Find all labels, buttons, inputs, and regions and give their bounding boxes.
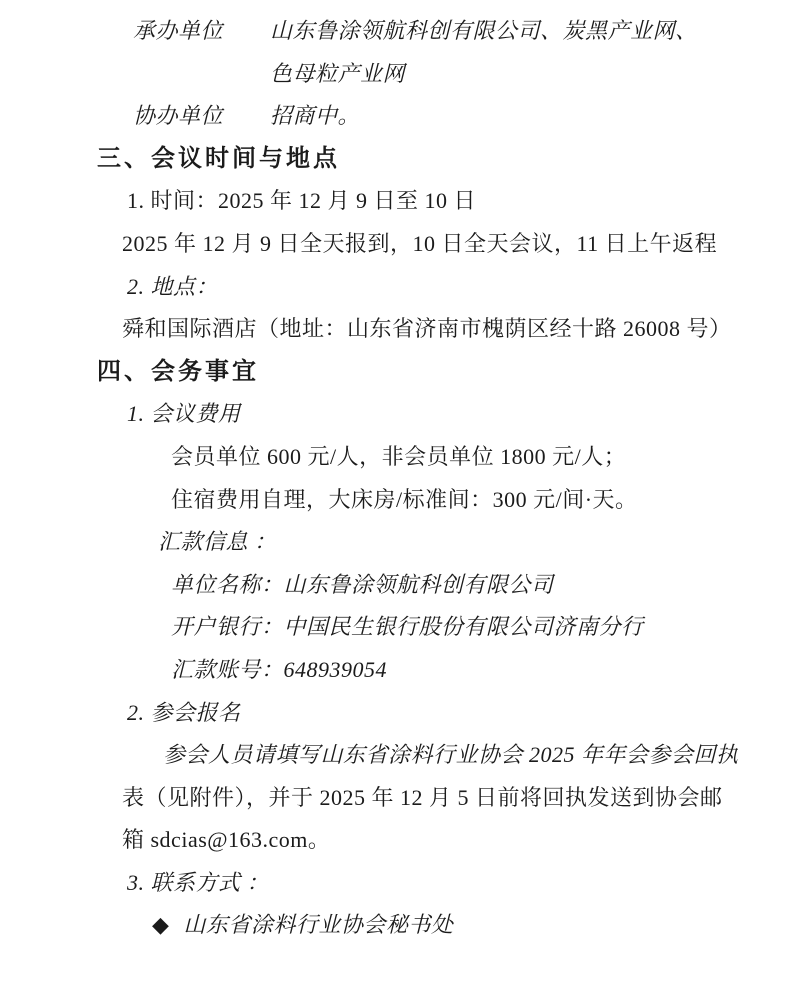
co-organizer-label: 协办单位 — [133, 95, 270, 138]
contact-item: 3. 联系方式 ： — [0, 862, 810, 905]
signup-line1: 参会人员请填写山东省涂料行业协会 2025 年年会参会回执 — [0, 734, 810, 777]
signup-line2: 表（见附件），并于 2025 年 12 月 5 日前将回执发送到协会邮 — [0, 777, 810, 820]
section4-heading: 四、会务事宜 — [0, 351, 810, 394]
remit-name: 单位名称：山东鲁涂领航科创有限公司 — [0, 564, 810, 607]
place-item: 2. 地点： — [0, 266, 810, 309]
organizer-value-line1: 山东鲁涂领航科创有限公司、炭黑产业网、 — [270, 18, 698, 43]
notice-body: 承办单位山东鲁涂领航科创有限公司、炭黑产业网、 色母粒产业网 协办单位招商中。 … — [0, 0, 810, 947]
time-item: 1. 时间：2025 年 12 月 9 日至 10 日 — [0, 180, 810, 223]
signup-line3: 箱 sdcias@163.com。 — [0, 819, 810, 862]
fee-line2: 住宿费用自理，大床房/标准间：300 元/间·天。 — [0, 479, 810, 522]
organizer-label: 承办单位 — [133, 10, 270, 53]
remit-account: 汇款账号：648939054 — [0, 649, 810, 692]
remit-bank: 开户银行：中国民生银行股份有限公司济南分行 — [0, 606, 810, 649]
remit-heading: 汇款信息 ： — [0, 521, 810, 564]
fee-line1: 会员单位 600 元/人，非会员单位 1800 元/人； — [0, 436, 810, 479]
time-detail: 2025 年 12 月 9 日全天报到，10 日全天会议，11 日上午返程 — [0, 223, 810, 266]
place-detail: 舜和国际酒店（地址：山东省济南市槐荫区经十路 26008 号） — [0, 308, 810, 351]
organizer-value-line2: 色母粒产业网 — [0, 53, 810, 96]
signup-item: 2. 参会报名 — [0, 692, 810, 735]
document-page: 承办单位山东鲁涂领航科创有限公司、炭黑产业网、 色母粒产业网 协办单位招商中。 … — [0, 0, 810, 981]
diamond-bullet-icon: ◆ — [152, 904, 169, 947]
contact-bullet-text: 山东省涂料行业协会秘书处 — [183, 912, 453, 937]
contact-bullet-row: ◆山东省涂料行业协会秘书处 — [0, 904, 810, 947]
organizer-row: 承办单位山东鲁涂领航科创有限公司、炭黑产业网、 — [0, 10, 810, 53]
co-organizer-row: 协办单位招商中。 — [0, 95, 810, 138]
co-organizer-value: 招商中。 — [270, 103, 360, 128]
fee-item: 1. 会议费用 — [0, 393, 810, 436]
section3-heading: 三、会议时间与地点 — [0, 138, 810, 181]
